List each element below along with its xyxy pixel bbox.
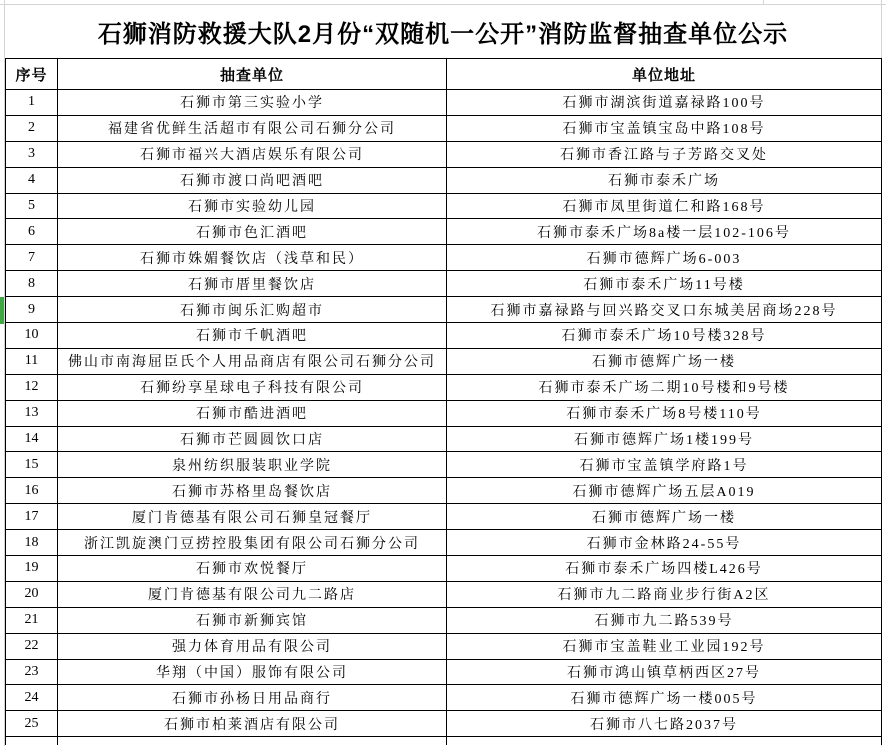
cell-row-number[interactable]: 16 — [6, 478, 58, 504]
cell-unit-name[interactable]: 石狮市芒圆圆饮口店 — [58, 426, 447, 452]
cell-unit-address[interactable]: 石狮市泰禾广场10号楼328号 — [447, 323, 882, 349]
cell-unit-name[interactable]: 石狮市苏格里岛餐饮店 — [58, 478, 447, 504]
cell-unit-name[interactable]: 泉州纺织服装职业学院 — [58, 452, 447, 478]
cell-unit-name[interactable]: 石狮市新狮宾馆 — [58, 607, 447, 633]
cell-row-number[interactable]: 17 — [6, 504, 58, 530]
table-row: 3 石狮市福兴大酒店娱乐有限公司 石狮市香江路与子芳路交叉处 — [6, 141, 882, 167]
cell-unit-address[interactable]: 石狮市金林路24-55号 — [447, 530, 882, 556]
table-row: 23 华翔（中国）服饰有限公司 石狮市鸿山镇草柄西区27号 — [6, 659, 882, 685]
cell-unit-address[interactable]: 石狮市泰禾广场11号楼 — [447, 271, 882, 297]
table-row: 10 石狮市千帆酒吧 石狮市泰禾广场10号楼328号 — [6, 323, 882, 349]
cell-unit-address[interactable]: 石狮市德辉广场五层A019 — [447, 478, 882, 504]
cell-row-number[interactable]: 11 — [6, 348, 58, 374]
table-row: 25 石狮市柏莱酒店有限公司 石狮市八七路2037号 — [6, 711, 882, 737]
table-row: 8 石狮市厝里餐饮店 石狮市泰禾广场11号楼 — [6, 271, 882, 297]
cell-unit-name[interactable]: 佛山市南海屈臣氏个人用品商店有限公司石狮分公司 — [58, 348, 447, 374]
cell-row-number[interactable]: 9 — [6, 297, 58, 323]
cell-unit-address[interactable]: 石狮市泰禾广场四楼L426号 — [447, 556, 882, 582]
cell-row-number[interactable]: 21 — [6, 607, 58, 633]
cell-unit-address[interactable]: 石狮市宝盖镇学府路1号 — [447, 452, 882, 478]
cell-row-number[interactable]: 18 — [6, 530, 58, 556]
cell-unit-name[interactable] — [58, 737, 447, 746]
cell-unit-name[interactable]: 厦门肯德基有限公司石狮皇冠餐厅 — [58, 504, 447, 530]
table-row: 15 泉州纺织服装职业学院 石狮市宝盖镇学府路1号 — [6, 452, 882, 478]
cell-unit-name[interactable]: 石狮市第三实验小学 — [58, 90, 447, 116]
cell-unit-name[interactable]: 石狮市孙杨日用品商行 — [58, 685, 447, 711]
cell-unit-name[interactable]: 石狮市闽乐汇购超市 — [58, 297, 447, 323]
page-title[interactable]: 石狮消防救援大队2月份“双随机一公开”消防监督抽查单位公示 — [5, 5, 881, 58]
table-row: 2 福建省优鲜生活超市有限公司石狮分公司 石狮市宝盖镇宝岛中路108号 — [6, 115, 882, 141]
cell-unit-name[interactable]: 石狮纷享星球电子科技有限公司 — [58, 374, 447, 400]
cell-unit-name[interactable]: 厦门肯德基有限公司九二路店 — [58, 581, 447, 607]
cell-unit-name[interactable]: 福建省优鲜生活超市有限公司石狮分公司 — [58, 115, 447, 141]
table-row: 1 石狮市第三实验小学 石狮市湖滨街道嘉禄路100号 — [6, 90, 882, 116]
cell-row-number[interactable]: 4 — [6, 167, 58, 193]
table-row: 21 石狮市新狮宾馆 石狮市九二路539号 — [6, 607, 882, 633]
cell-unit-address[interactable]: 石狮市德辉广场1楼199号 — [447, 426, 882, 452]
cell-row-number[interactable]: 23 — [6, 659, 58, 685]
cell-row-number[interactable]: 22 — [6, 633, 58, 659]
cell-row-number[interactable]: 19 — [6, 556, 58, 582]
table-row: 12 石狮纷享星球电子科技有限公司 石狮市泰禾广场二期10号楼和9号楼 — [6, 374, 882, 400]
cell-row-number[interactable]: 12 — [6, 374, 58, 400]
table-row: 9 石狮市闽乐汇购超市 石狮市嘉禄路与回兴路交叉口东城美居商场228号 — [6, 297, 882, 323]
table-row: 7 石狮市姝媚餐饮店（浅草和民） 石狮市德辉广场6-003 — [6, 245, 882, 271]
cell-unit-name[interactable]: 石狮市实验幼儿园 — [58, 193, 447, 219]
cell-unit-address[interactable] — [447, 737, 882, 746]
column-header-unit[interactable]: 抽查单位 — [58, 59, 447, 90]
column-header-address[interactable]: 单位地址 — [447, 59, 882, 90]
table-row: 16 石狮市苏格里岛餐饮店 石狮市德辉广场五层A019 — [6, 478, 882, 504]
table-row: 13 石狮市酷进酒吧 石狮市泰禾广场8号楼110号 — [6, 400, 882, 426]
table-row: 22 强力体育用品有限公司 石狮市宝盖鞋业工业园192号 — [6, 633, 882, 659]
cell-row-number[interactable]: 14 — [6, 426, 58, 452]
table-row — [6, 737, 882, 746]
cell-unit-name[interactable]: 石狮市柏莱酒店有限公司 — [58, 711, 447, 737]
table-row: 11 佛山市南海屈臣氏个人用品商店有限公司石狮分公司 石狮市德辉广场一楼 — [6, 348, 882, 374]
cell-unit-address[interactable]: 石狮市德辉广场6-003 — [447, 245, 882, 271]
cell-row-number[interactable]: 24 — [6, 685, 58, 711]
gridline-top-stub — [763, 0, 764, 4]
cell-row-number[interactable] — [6, 737, 58, 746]
cell-row-number[interactable]: 25 — [6, 711, 58, 737]
cell-unit-name[interactable]: 石狮市福兴大酒店娱乐有限公司 — [58, 141, 447, 167]
cell-unit-address[interactable]: 石狮市泰禾广场8号楼110号 — [447, 400, 882, 426]
cell-unit-name[interactable]: 华翔（中国）服饰有限公司 — [58, 659, 447, 685]
table-row: 19 石狮市欢悦餐厅 石狮市泰禾广场四楼L426号 — [6, 556, 882, 582]
cell-unit-name[interactable]: 浙江凯旋澳门豆捞控股集团有限公司石狮分公司 — [58, 530, 447, 556]
table-row: 20 厦门肯德基有限公司九二路店 石狮市九二路商业步行街A2区 — [6, 581, 882, 607]
cell-row-number[interactable]: 13 — [6, 400, 58, 426]
table-row: 24 石狮市孙杨日用品商行 石狮市德辉广场一楼005号 — [6, 685, 882, 711]
cell-unit-address[interactable]: 石狮市宝盖镇宝岛中路108号 — [447, 115, 882, 141]
cell-row-number[interactable]: 7 — [6, 245, 58, 271]
cell-row-number[interactable]: 2 — [6, 115, 58, 141]
cell-row-number[interactable]: 15 — [6, 452, 58, 478]
cell-row-number[interactable]: 10 — [6, 323, 58, 349]
selected-row-marker — [0, 297, 4, 324]
cell-unit-address[interactable]: 石狮市八七路2037号 — [447, 711, 882, 737]
table-row: 5 石狮市实验幼儿园 石狮市凤里街道仁和路168号 — [6, 193, 882, 219]
cell-unit-address[interactable]: 石狮市九二路539号 — [447, 607, 882, 633]
cell-unit-address[interactable]: 石狮市德辉广场一楼 — [447, 348, 882, 374]
cell-row-number[interactable]: 6 — [6, 219, 58, 245]
cell-unit-name[interactable]: 石狮市色汇酒吧 — [58, 219, 447, 245]
cell-unit-name[interactable]: 石狮市厝里餐饮店 — [58, 271, 447, 297]
cell-unit-address[interactable]: 石狮市泰禾广场 — [447, 167, 882, 193]
table-row: 6 石狮市色汇酒吧 石狮市泰禾广场8a楼一层102-106号 — [6, 219, 882, 245]
table-body: 1 石狮市第三实验小学 石狮市湖滨街道嘉禄路100号 2 福建省优鲜生活超市有限… — [6, 90, 882, 746]
cell-unit-name[interactable]: 强力体育用品有限公司 — [58, 633, 447, 659]
cell-row-number[interactable]: 5 — [6, 193, 58, 219]
cell-unit-address[interactable]: 石狮市湖滨街道嘉禄路100号 — [447, 90, 882, 116]
cell-unit-address[interactable]: 石狮市泰禾广场8a楼一层102-106号 — [447, 219, 882, 245]
cell-unit-address[interactable]: 石狮市宝盖鞋业工业园192号 — [447, 633, 882, 659]
cell-row-number[interactable]: 8 — [6, 271, 58, 297]
cell-unit-address[interactable]: 石狮市泰禾广场二期10号楼和9号楼 — [447, 374, 882, 400]
cell-unit-address[interactable]: 石狮市凤里街道仁和路168号 — [447, 193, 882, 219]
cell-unit-name[interactable]: 石狮市千帆酒吧 — [58, 323, 447, 349]
cell-unit-address[interactable]: 石狮市德辉广场一楼005号 — [447, 685, 882, 711]
cell-row-number[interactable]: 3 — [6, 141, 58, 167]
table-row: 17 厦门肯德基有限公司石狮皇冠餐厅 石狮市德辉广场一楼 — [6, 504, 882, 530]
cell-unit-name[interactable]: 石狮市姝媚餐饮店（浅草和民） — [58, 245, 447, 271]
table-row: 18 浙江凯旋澳门豆捞控股集团有限公司石狮分公司 石狮市金林路24-55号 — [6, 530, 882, 556]
cell-unit-address[interactable]: 石狮市鸿山镇草柄西区27号 — [447, 659, 882, 685]
cell-unit-address[interactable]: 石狮市德辉广场一楼 — [447, 504, 882, 530]
cell-unit-name[interactable]: 石狮市酷进酒吧 — [58, 400, 447, 426]
inspection-table: 序号 抽查单位 单位地址 1 石狮市第三实验小学 石狮市湖滨街道嘉禄路100号 … — [5, 58, 882, 745]
cell-unit-address[interactable]: 石狮市九二路商业步行街A2区 — [447, 581, 882, 607]
cell-row-number[interactable]: 1 — [6, 90, 58, 116]
table-row: 14 石狮市芒圆圆饮口店 石狮市德辉广场1楼199号 — [6, 426, 882, 452]
column-header-no[interactable]: 序号 — [6, 59, 58, 90]
cell-unit-address[interactable]: 石狮市嘉禄路与回兴路交叉口东城美居商场228号 — [447, 297, 882, 323]
cell-row-number[interactable]: 20 — [6, 581, 58, 607]
cell-unit-name[interactable]: 石狮市渡口尚吧酒吧 — [58, 167, 447, 193]
cell-unit-address[interactable]: 石狮市香江路与子芳路交叉处 — [447, 141, 882, 167]
header-row: 序号 抽查单位 单位地址 — [6, 59, 882, 90]
cell-unit-name[interactable]: 石狮市欢悦餐厅 — [58, 556, 447, 582]
table-row: 4 石狮市渡口尚吧酒吧 石狮市泰禾广场 — [6, 167, 882, 193]
